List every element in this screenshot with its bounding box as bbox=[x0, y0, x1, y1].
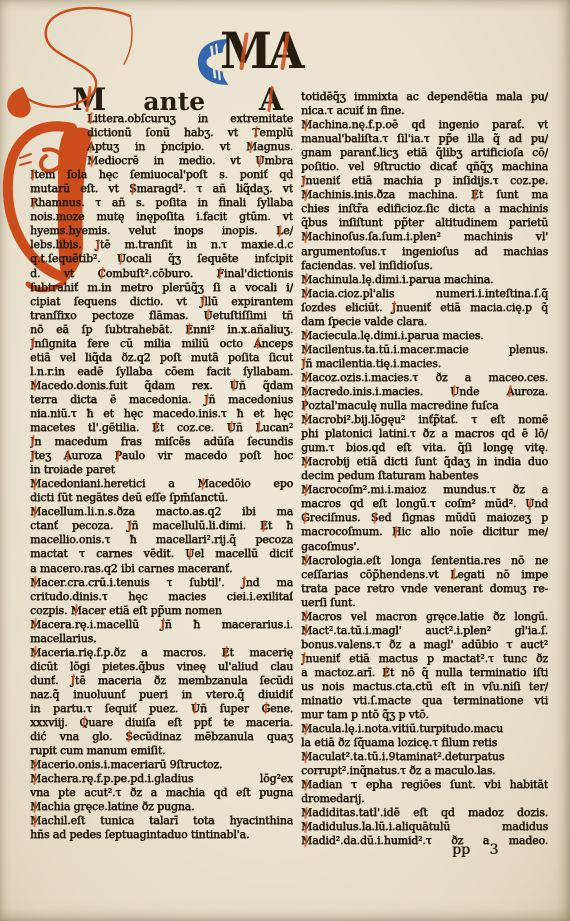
rubricated-initial: E bbox=[152, 421, 160, 435]
rubricated-initial: J bbox=[392, 301, 396, 315]
text-line: Maculat².ta.tū.i.9taminat².deturpatus bbox=[301, 750, 548, 764]
text-line: q̃bus inſiſtunt pp̃ter altitudinem parie… bbox=[301, 216, 548, 230]
rubricated-initial: S bbox=[125, 730, 132, 744]
text-line: ceſſarias cōp̃hendens.vt Legati nō impe bbox=[301, 568, 548, 582]
text-line: Poztal'maculę nulla macredine fuſca bbox=[301, 399, 548, 413]
text-line: vna pte acut².τ ðz a machia qd eſt pugna bbox=[30, 786, 293, 800]
rubricated-initial: M bbox=[301, 455, 312, 469]
rubricated-initial: M bbox=[301, 118, 312, 132]
rubricated-initial: M bbox=[301, 806, 312, 820]
text-line: l.n.r.in eadē ſyllaba cōem facit ſyllaba… bbox=[30, 365, 293, 379]
text-line: macetes tl'.gētilia. Et coz.ce. Uñ Lucan… bbox=[30, 421, 293, 435]
text-line: macros qd eſt longū.τ coſm² mūd². Und bbox=[301, 497, 548, 511]
running-head-letter-a: A bbox=[268, 23, 300, 81]
rubricated-initial: S bbox=[371, 511, 378, 525]
running-head-letters: MA bbox=[220, 23, 301, 81]
rubricated-initial: J bbox=[127, 519, 131, 533]
text-line: macrocoſmum. Hic alio noīe dicitur me/ bbox=[301, 525, 548, 539]
rubricated-initial: M bbox=[301, 273, 312, 287]
text-line: dictionū ſonū habʒ. vt Templū bbox=[30, 126, 293, 140]
text-column-left: Littera.obſcuruʒ in extremitatedictionū … bbox=[30, 112, 293, 842]
rubricated-initial: M bbox=[30, 646, 41, 660]
text-line: a mactoz.arī. Et nō q̃ nulla terminatio … bbox=[301, 666, 548, 680]
rubricated-initial: J bbox=[71, 674, 75, 688]
rubricated-initial: G bbox=[261, 702, 270, 716]
text-line: chies inſtr̃a edificioz.ſic dicta a mach… bbox=[301, 202, 548, 216]
rubricated-initial: M bbox=[87, 154, 98, 168]
rubricated-initial: M bbox=[301, 624, 312, 638]
text-line: Madidulus.la.lū.i.aliquātulū madidus bbox=[301, 820, 548, 834]
text-line: totidēq̃ʒ immixta ac dependētia mala pu/ bbox=[301, 90, 548, 104]
text-line: ctanť pecoza. Jñ macellulū.li.dimi. Et ħ bbox=[30, 519, 293, 533]
rubricated-initial: E bbox=[382, 666, 390, 680]
rubricated-initial: M bbox=[197, 477, 208, 491]
text-line: Madian τ epha regiōes ſunt. vbi habitāt bbox=[301, 778, 548, 792]
text-line: us nois mactus.cta.ctū eſt in vſu.niſi t… bbox=[301, 680, 548, 694]
rubricated-initial: U bbox=[230, 379, 239, 393]
text-line: Machera.rę.f.p.pe.pd.i.gladius lōg²ex bbox=[30, 772, 293, 786]
text-line: corrupt².inq̃natus.τ ðz a maculo.las. bbox=[301, 764, 548, 778]
rubricated-initial: J bbox=[301, 357, 305, 371]
rubricated-initial: M bbox=[301, 722, 312, 736]
text-line: Jnueniť etiā mactus p mactat².τ tunc ðz bbox=[301, 652, 548, 666]
rubricated-initial: M bbox=[71, 604, 82, 618]
rubricated-initial: M bbox=[301, 610, 312, 624]
text-line: rupit cum manum emiſit. bbox=[30, 744, 293, 758]
rubricated-initial: M bbox=[301, 750, 312, 764]
rubricated-initial: M bbox=[30, 477, 41, 491]
rubricated-initial: M bbox=[30, 758, 41, 772]
text-line: Maciecula.lę.dimi.i.parua macies. bbox=[301, 329, 548, 343]
text-line: mutarū eſt. vt Smaragd². τ añ liq̃daʒ. v… bbox=[30, 182, 293, 196]
rubricated-initial: A bbox=[506, 385, 514, 399]
rubricated-initial: L bbox=[87, 112, 94, 126]
rubricated-initial: L bbox=[276, 224, 283, 238]
text-line: Macrobi².bij.lōgęu² inťp̃tať. τ eſt nomē bbox=[301, 413, 548, 427]
text-line: Jteʒ Auroza Paulo vir macedo poſt hoc bbox=[30, 449, 293, 463]
rubricated-initial: M bbox=[301, 371, 312, 385]
text-line: argumentoſus.τ ingenioſus ad machias bbox=[301, 245, 548, 259]
text-line: etiā vel liq̃da ðz.q2 poſt mutā poſita ſ… bbox=[30, 351, 293, 365]
text-line: minatio vti.ſ.macte qua terminatione vti bbox=[301, 694, 548, 708]
text-line: mactat τ carnes vēdit. Uel macellū diciť bbox=[30, 547, 293, 561]
running-head: MA bbox=[196, 33, 336, 89]
rubricated-initial: M bbox=[30, 772, 41, 786]
text-line: d. vt Combuſt².cōburo. Final'dictionis bbox=[30, 267, 293, 281]
rubricated-initial: I bbox=[30, 168, 34, 182]
text-line: dicūt lōgi pietes.q̃bus vineę ul'aliud c… bbox=[30, 660, 293, 674]
rubricated-initial: C bbox=[97, 267, 105, 281]
rubricated-initial: J bbox=[95, 238, 99, 252]
rubricated-initial: U bbox=[255, 154, 264, 168]
text-line: Macrobij etiā dicti ſunt q̃daʒ in india … bbox=[301, 455, 548, 469]
text-line: trata pace retro vnde venerant domuʒ re- bbox=[301, 582, 548, 596]
text-line: lebs.libis. Jtē m.tranſit in n.τ maxie.d… bbox=[30, 238, 293, 252]
text-line: Macedoniani.heretici a Macedōio epo bbox=[30, 477, 293, 491]
rubricated-initial: M bbox=[301, 287, 312, 301]
text-line: la etiā ðz ſq̃uama lozicę.τ filum retis bbox=[301, 736, 548, 750]
text-line: Aptuʒ in ṗncipio. vt Magnus. bbox=[30, 140, 293, 154]
text-line: Jñ macilentia.tię.i.macies. bbox=[301, 357, 548, 371]
quire-signature: pp 3 bbox=[452, 842, 498, 858]
text-line: hyems.hyemis. velut inops inopis. Le/ bbox=[30, 224, 293, 238]
rubricated-initial: M bbox=[30, 576, 41, 590]
rubricated-initial: L bbox=[255, 421, 262, 435]
rubricated-initial: M bbox=[30, 814, 41, 828]
text-line: faciendas. vel inſidioſus. bbox=[301, 259, 548, 273]
rubricated-initial: U bbox=[185, 547, 194, 561]
text-line: Maceria.rię.f.p.ðz a macros. Et macerię bbox=[30, 646, 293, 660]
rubricated-initial: E bbox=[471, 188, 479, 202]
running-head-letter-m: M bbox=[220, 23, 268, 81]
rubricated-initial: M bbox=[301, 329, 312, 343]
text-line: Littera.obſcuruʒ in extremitate bbox=[30, 112, 293, 126]
rubricated-initial: M bbox=[30, 618, 41, 632]
rubricated-initial: U bbox=[117, 252, 126, 266]
text-line: mur tam p ntō q̃ʒ p vtō. bbox=[301, 708, 548, 722]
rubricated-initial: R bbox=[30, 196, 38, 210]
text-line: Mact².ta.tū.i.magl' auct².i.plen² gl'ia.… bbox=[301, 624, 548, 638]
text-line: Jnueniť etiā machia p inſidijs.τ coz.pe. bbox=[301, 174, 548, 188]
rubricated-initial: J bbox=[30, 337, 34, 351]
rubricated-initial: A bbox=[254, 337, 262, 351]
text-line: dicti ſūt negātes deū eſſe ſpm̄ſanctū. bbox=[30, 491, 293, 505]
text-line: decim pedum ſtaturam habentes bbox=[301, 469, 548, 483]
rubricated-initial: M bbox=[301, 343, 312, 357]
rubricated-initial: J bbox=[30, 449, 34, 463]
text-line: uerſi ſunt. bbox=[301, 596, 548, 610]
text-line: Machinoſus.ſa.ſum.i.plen² machinis vl' bbox=[301, 230, 548, 244]
text-line: in partu.τ ſequiť puez. Uñ ſuper Gene. bbox=[30, 702, 293, 716]
rubricated-initial: E bbox=[222, 646, 230, 660]
rubricated-initial: M bbox=[301, 820, 312, 834]
rubricated-initial: U bbox=[525, 497, 534, 511]
rubricated-initial: M bbox=[30, 800, 41, 814]
text-line: Macros vel macron gręce.latie ðz longū. bbox=[301, 610, 548, 624]
rubricated-initial: J bbox=[30, 435, 34, 449]
text-line: Madid².da.dū.i.humid².τ ðz a madeo. bbox=[301, 834, 548, 848]
rubricated-initial: M bbox=[301, 554, 312, 568]
rubricated-initial: P bbox=[301, 399, 308, 413]
text-column-right: totidēq̃ʒ immixta ac dependētia mala pu/… bbox=[301, 90, 548, 849]
text-line: gnam paranť.licʒ etiā q̃libʒ artificioſa… bbox=[301, 146, 548, 160]
text-line: gum.τ bios.qd eſt vita. q̃ſi longę vitę. bbox=[301, 441, 548, 455]
text-line: Machinis.inis.ðza machina. Et ſunt ma bbox=[301, 188, 548, 202]
rubricated-initial: M bbox=[301, 385, 312, 399]
text-line: Macrocoſm².mi.i.maioz mundus.τ ðz a bbox=[301, 483, 548, 497]
text-line: tranſfixo pectoze flāmas. Uetuſtiſſimi t… bbox=[30, 309, 293, 323]
text-line: nō eā ſp ſubtrahebāt. Enni² in.x.añaliuʒ… bbox=[30, 323, 293, 337]
text-line: critudo.dinis.τ hęc macies ciei.i.exilit… bbox=[30, 590, 293, 604]
rubricated-initial: J bbox=[200, 295, 204, 309]
text-line: gacoſmus'. bbox=[301, 540, 548, 554]
text-line: dunť. Jtē maceria ðz membzanula ſecūdi bbox=[30, 674, 293, 688]
rubricated-initial: A bbox=[87, 140, 95, 154]
rubricated-initial: M bbox=[246, 140, 257, 154]
text-line: Jn macedum fras miſcēs adūſa ſecundis bbox=[30, 435, 293, 449]
text-line: Macilentus.ta.tū.i.macer.macie plenus. bbox=[301, 343, 548, 357]
text-line: Greciſmus. Sed ſignas mūdū maiozeʒ p bbox=[301, 511, 548, 525]
rubricated-initial: U bbox=[227, 421, 236, 435]
text-line: Macerio.onis.i.maceriarū 9ſtructoz. bbox=[30, 758, 293, 772]
text-line: Machil.eſt tunica talarī tota hyacinthin… bbox=[30, 814, 293, 828]
text-line: Machina.nę.f.p.oē qd ingenio parať. vt bbox=[301, 118, 548, 132]
rubricated-initial: T bbox=[252, 126, 259, 140]
rubricated-initial: M bbox=[301, 413, 312, 427]
text-line: Madiditas.tatl'.idē eſt qd madoz dozis. bbox=[301, 806, 548, 820]
rubricated-initial: U bbox=[450, 385, 459, 399]
text-line: Machia gręce.latine ðz pugna. bbox=[30, 800, 293, 814]
rubricated-initial: M bbox=[301, 230, 312, 244]
rubricated-initial: L bbox=[450, 568, 457, 582]
text-line: Machinula.lę.dimi.i.parua machina. bbox=[301, 273, 548, 287]
rubricated-initial: M bbox=[301, 778, 312, 792]
rubricated-initial: M bbox=[30, 379, 41, 393]
rubricated-initial: G bbox=[301, 511, 310, 525]
rubricated-initial: A bbox=[64, 449, 72, 463]
rubricated-initial: E bbox=[185, 323, 193, 337]
text-line: Macia.cioz.pl'alis numeri.i.inteſtina.ſ.… bbox=[301, 287, 548, 301]
text-line: dromedarij. bbox=[301, 792, 548, 806]
text-line: macellarius. bbox=[30, 632, 293, 646]
rubricated-initial: J bbox=[301, 652, 305, 666]
rubricated-initial: Q bbox=[79, 716, 88, 730]
text-line: ſubtrahiť m.in metro plerūq̃ʒ ſi a vocal… bbox=[30, 281, 293, 295]
text-line: bonus.valens.τ ðz a magl' adūbio τ auct² bbox=[301, 638, 548, 652]
rubricated-initial: P bbox=[114, 449, 121, 463]
text-line: Macera.rę.i.macellū Jñ ħ macerarius.i. bbox=[30, 618, 293, 632]
rubricated-initial: F bbox=[216, 267, 223, 281]
text-line: dam ſpecie valde clara. bbox=[301, 315, 548, 329]
text-line: xxxviij. Quare diuiſa eſt ppť te maceria… bbox=[30, 716, 293, 730]
text-line: Rhamnus. τ añ s. poſita in finali ſyllab… bbox=[30, 196, 293, 210]
text-line: Mediocrē in medio. vt Umbra bbox=[30, 154, 293, 168]
text-line: poſitio. vel 9ſtructio dicať qñq̃ʒ machi… bbox=[301, 160, 548, 174]
rubricated-initial: S bbox=[129, 182, 136, 196]
text-line: Jnſignita fere cū milia miliū octo Ancep… bbox=[30, 337, 293, 351]
rubricated-initial: E bbox=[260, 519, 268, 533]
rubricated-initial: M bbox=[301, 834, 312, 848]
rubricated-initial: J bbox=[241, 576, 245, 590]
rubricated-initial: J bbox=[204, 393, 208, 407]
text-line: dić vna glo. Secūdinaz mēbzanula quaʒ bbox=[30, 730, 293, 744]
text-line: phi platonici latini.τ ðz a macros qd ē … bbox=[301, 427, 548, 441]
text-line: macellio.onis.τ ħ macellari².rij.q̃ peco… bbox=[30, 533, 293, 547]
text-line: Item ſola hęc ſemiuocal'poſt s. poniť qd bbox=[30, 168, 293, 182]
rubricated-initial: M bbox=[30, 505, 41, 519]
text-line: Macer.cra.crū.i.tenuis τ ſubtil'. Jnd ma bbox=[30, 576, 293, 590]
rubricated-initial: J bbox=[301, 174, 305, 188]
text-line: in troiade paret bbox=[30, 463, 293, 477]
rubricated-initial: U bbox=[191, 702, 200, 716]
text-line: Macrologia.eſt longa ſententia.res nō ne bbox=[301, 554, 548, 568]
text-line: Macedo.donis.fuit q̃dam rex. Uñ q̃dam bbox=[30, 379, 293, 393]
text-line: cozpis. Macer etiā eſt pp̃um nomen bbox=[30, 604, 293, 618]
rubricated-initial: H bbox=[392, 525, 401, 539]
text-line: hñs ad pedes ſeptuagintaduo tintinabl'a. bbox=[30, 828, 293, 842]
rubricated-initial: J bbox=[160, 618, 164, 632]
text-line: terra dicta ē macedonia. Jñ macedonius bbox=[30, 393, 293, 407]
text-line: nica.τ acuiť in fine. bbox=[301, 104, 548, 118]
rubricated-initial: U bbox=[203, 309, 212, 323]
text-line: Macoz.ozis.i.macies.τ ðz a maceo.ces. bbox=[301, 371, 548, 385]
text-line: a macero.ras.q2 ibi carnes maceranť. bbox=[30, 562, 293, 576]
rubricated-initial: M bbox=[301, 483, 312, 497]
text-line: manual'baliſta.τ ſil'ia.τ pp̃e illa q̃ a… bbox=[301, 132, 548, 146]
text-line: Macellum.li.n.s.ðza macto.as.q2 ibi ma bbox=[30, 505, 293, 519]
text-line: cipiat ſequens dictio. vt Jllū expirante… bbox=[30, 295, 293, 309]
text-line: nois.moze mutę inępoſita i.facit gtūm. v… bbox=[30, 210, 293, 224]
text-line: Macula.lę.i.nota.vitiū.turpitudo.macu bbox=[301, 722, 548, 736]
text-line: Macredo.inis.i.macies. Unde Auroza. bbox=[301, 385, 548, 399]
text-line: ſozdes eliciūt. Jnueniť etiā macia.cię.p… bbox=[301, 301, 548, 315]
rubricated-initial: M bbox=[301, 188, 312, 202]
text-line: nia.niū.τ ħ et hęc macedo.inis.τ ħ et hę… bbox=[30, 407, 293, 421]
text-line: q.t.ſequētib². Uocali q̃ʒ ſequēte inťcip… bbox=[30, 252, 293, 266]
text-line: naz.q̃ inuoluunť pueri in vtero.q̃ diuid… bbox=[30, 688, 293, 702]
